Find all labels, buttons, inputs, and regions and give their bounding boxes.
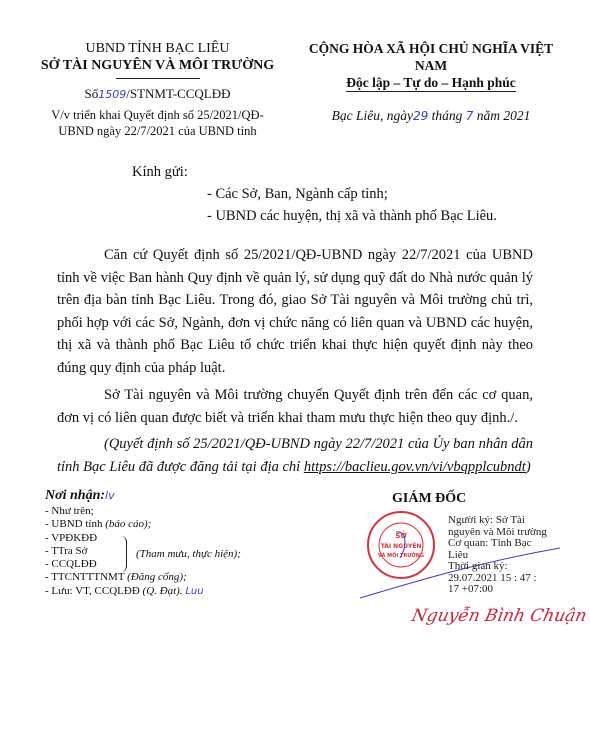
group-note: (Tham mưu, thực hiện); bbox=[136, 548, 241, 560]
body-paragraph-3: (Quyết định số 25/2021/QĐ-UBND ngày 22/7… bbox=[57, 433, 533, 478]
recipient-item: - Lưu: VT, CCQLĐĐ (Q. Đạt). Luu bbox=[45, 585, 204, 598]
issuer-header: UBND TỈNH BẠC LIÊU SỞ TÀI NGUYÊN VÀ MÔI … bbox=[30, 40, 285, 139]
nation-title: CỘNG HÒA XÃ HỘI CHỦ NGHĨA VIỆT NAM bbox=[300, 40, 562, 74]
national-motto: Độc lập – Tự do – Hạnh phúc bbox=[300, 74, 562, 92]
recipient-item: - UBND tỉnh (báo cáo); bbox=[45, 518, 204, 531]
publication-link[interactable]: https://baclieu.gov.vn/vi/vbqpplcubndt bbox=[304, 459, 526, 475]
signer-name: Nguyễn Bình Chuận bbox=[410, 606, 589, 626]
body-paragraph-2: Sở Tài nguyên và Môi trường chuyển Quyết… bbox=[57, 384, 533, 429]
recipient-item: - Như trên; bbox=[45, 505, 204, 518]
addressee-item: - UBND các huyện, thị xã và thành phố Bạ… bbox=[207, 208, 497, 225]
brace-icon bbox=[118, 536, 127, 572]
signer-title: GIÁM ĐỐC bbox=[392, 491, 466, 507]
recipients-heading: Nơi nhận:lv bbox=[45, 488, 115, 504]
initials-mark: lv bbox=[105, 489, 115, 502]
document-subject: V/v triển khai Quyết định số 25/2021/QĐ-… bbox=[30, 107, 285, 139]
handwritten-day: 29 bbox=[413, 109, 428, 123]
handwritten-number: 1509 bbox=[98, 88, 126, 101]
national-header: CỘNG HÒA XÃ HỘI CHỦ NGHĨA VIỆT NAM Độc l… bbox=[300, 40, 562, 125]
issuer-authority: UBND TỈNH BẠC LIÊU bbox=[30, 40, 285, 57]
header-divider bbox=[116, 78, 200, 79]
digital-signature-info: Người ký: Sở Tài nguyên và Môi trường Cơ… bbox=[448, 515, 547, 596]
document-number: Số1509/STNMT-CCQLĐĐ bbox=[30, 86, 285, 103]
issuer-department: SỞ TÀI NGUYÊN VÀ MÔI TRƯỜNG bbox=[30, 57, 285, 75]
archive-initials: Luu bbox=[185, 586, 203, 597]
recipient-item: - TTCNTTTNMT (Đăng cổng); bbox=[45, 571, 204, 584]
document-date: Bạc Liêu, ngày29 tháng 7 năm 2021 bbox=[300, 107, 562, 125]
addressee-label: Kính gửi: bbox=[132, 164, 188, 181]
addressee-item: - Các Sở, Ban, Ngành cấp tỉnh; bbox=[207, 186, 388, 203]
body-paragraph-1: Căn cứ Quyết định số 25/2021/QĐ-UBND ngà… bbox=[57, 244, 533, 379]
